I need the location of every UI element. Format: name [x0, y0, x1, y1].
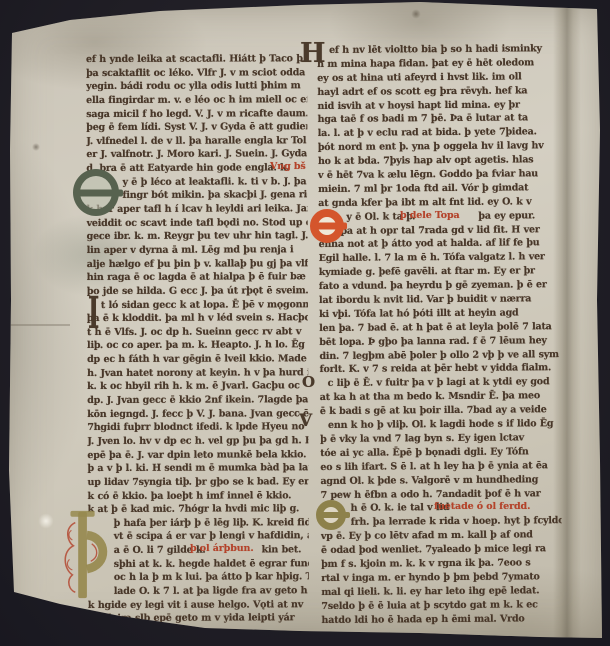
horizontal-crease: [8, 324, 70, 326]
manuscript-text-line: þ a v þ l. ki. H sendi m ē mumka bàd þa …: [87, 461, 308, 475]
manuscript-text-line: lat ibordu k nvit lid. Var þ buidit v næ…: [319, 292, 560, 308]
manuscript-text-line: þeg ē fem lídi. Syst V. J. v Gyda ē att …: [86, 120, 307, 134]
manuscript-text-line: t h ē Vlfs. J. oc dp h. Sueinn gecc rv a…: [87, 325, 308, 339]
left-text-column: ef h ynde leika at scactafli. Hiátt þ Ta…: [86, 52, 309, 626]
manuscript-text-line: þa scaktaflit oc léko. Vlfr J. v m sciot…: [86, 66, 307, 80]
manuscript-text-line: agnd Ol. k þde s. Valgorē v m hundheding: [320, 473, 561, 489]
manuscript-text-line: 7seldo þ ē ē luia at þ scytdo gat m k. k…: [321, 598, 562, 614]
manuscript-text-line: k. k oc hbyil rih h. k m. ē Jvarl. Gacþu…: [87, 380, 308, 394]
manuscript-text-line: enn k ho þ vliþ. Ol. k lagdi hode s if l…: [320, 417, 561, 433]
manuscript-text-line: bēt lopa. Þ gþo þa lanna rad. f ē 7 lēum…: [319, 334, 560, 350]
manuscript-text-line: dp. J. Jvan gecc ē kkio 2nf ikein. 7lagd…: [87, 393, 308, 407]
manuscript-text-line: eo s lih ifart. S ē l. at h ley ha þ ē y…: [320, 459, 561, 475]
red-rubric: fuetade ó ol ferdd.: [434, 501, 530, 512]
manuscript-text-line: hatdo ldi ho ē hada ep h ēmi mal. Vrdo: [321, 612, 562, 628]
manuscript-text-line: t ló sidan gecc k at lopa. Ē þē v mǫgonn: [87, 298, 308, 312]
manuscript-text-line: h. Jvan hatet norony at keyin. h v þa hu…: [87, 366, 308, 380]
manuscript-text-line: veiddit oc scavt inde tafl bǫdi no. Stod…: [87, 216, 308, 230]
manuscript-text-line: k bar aper tafl h í lcav h leyldi ari le…: [87, 202, 308, 216]
manuscript-text-line: er J. valfnotr. J. Moro kari. J. Suein. …: [86, 148, 307, 162]
red-rubric: Vng bš: [270, 161, 306, 172]
manuscript-text-line: epē þa ē. J. var dpin leto munkē bela kk…: [87, 448, 308, 462]
manuscript-text-line: dp ec h fáth h var gēgin ē lveil kkio. M…: [87, 352, 308, 366]
manuscript-text-line: kōn iegngd. J. fecc þ V. J. bana. Jvan g…: [87, 407, 308, 421]
photo-background: ef h ynde leika at scactafli. Hiátt þ Ta…: [0, 0, 610, 646]
initial-h: H: [300, 40, 326, 67]
manuscript-text-line: y ē þ léco at leaktafli. k. ti v b. J. þ…: [86, 175, 307, 189]
manuscript-text-line: saga micil f ho legd. V. J. v m ricafte …: [86, 107, 307, 121]
red-rubric: þ ol árþbun.: [190, 543, 254, 554]
manuscript-text-line: þo jde se hilda. G ecc J. þa út rþǫt ē s…: [87, 284, 308, 298]
manuscript-text-line: rtal v inga m. er hyndo þ þm þebd 7ymato: [321, 570, 562, 586]
initial-e-orange: [310, 209, 344, 243]
manuscript-text-line: J. Jven lo. hv v dp ec h. vel gp þu þa g…: [87, 434, 308, 448]
initial-e-crossbar: [314, 223, 347, 230]
manuscript-page: ef h ynde leika at scactafli. Hiátt þ Ta…: [0, 0, 610, 646]
manuscript-text-line: hayl adrt ef os scott eg þra rēvyh. hef …: [317, 84, 558, 100]
manuscript-text-line: hin raga ē oc lagda ē at hialpa þ ē fuir…: [87, 270, 308, 284]
manuscript-text-line: liþ. oc co aper. þa m. k. Heapto. J. h l…: [87, 339, 308, 353]
initial-o: O: [302, 375, 315, 390]
initial-e-slate-green: [73, 169, 119, 216]
manuscript-text-line: lade O. k 7 l. at þa ligde fra av geto h…: [88, 584, 309, 598]
manuscript-text-line: alje hælgo ef þu þin þ v. kallaþ þu gj þ…: [87, 257, 308, 271]
manuscript-text-line: vt ē scipa á er var þ lengi v hafdidin, …: [88, 530, 309, 544]
manuscript-text-line: h m mina hapa fidan. þat ey ē hēt oledom: [317, 56, 558, 72]
manuscript-text-line: 7 pew h ēfbn a odo h. 7andadit þof ē h v…: [320, 487, 561, 503]
manuscript-text-line: 7hgidi fuþrr blodnct ifedi. k lpde Hyeu …: [87, 421, 308, 435]
right-text-column: ef h nv lēt violtto bia þ so h hadi ismi…: [317, 42, 563, 627]
initial-e-crossbar: [319, 512, 350, 518]
red-rubric: þ dele Topa: [400, 210, 460, 221]
manuscript-text-line: at gnda kfer þa ibt m alt fnt lid. ey O.…: [318, 195, 559, 211]
manuscript-text-line: ella fingirdar m. v. e léo oc h im miell…: [86, 93, 307, 107]
manuscript-text-line: sþhi at k. k. hegde haldet ē egrar fundr: [88, 557, 309, 571]
manuscript-text-line: yegin. bádi rodu oc ylla odis lutti þhim…: [86, 80, 307, 94]
manuscript-text-line: up lidav 7syngia tiþ. þr gþo se k bad. E…: [87, 475, 308, 489]
manuscript-text-line: len þa. 7 bad ē. at h þat ē at leyla þol…: [319, 320, 560, 336]
manuscript-text-line: tóe ai yc alla. Ēpē þ bǫnadi dgli. Ey Tó…: [320, 445, 561, 461]
manuscript-text-line: þ hafa þer iárþ þ ē lēg liþ. K. kreid fi…: [88, 516, 309, 530]
manuscript-text-line: k at þ ē kad mic. 7hógr la hvdi mic liþ …: [88, 502, 309, 516]
manuscript-text-line: þa ē k kloddit. þa ml h v léd svein s. H…: [87, 311, 308, 325]
manuscript-text-line: at pleira slþ epē geto m v yida leipti y…: [88, 611, 309, 625]
manuscript-text-line: ef h ynde leika at scactafli. Hiátt þ Ta…: [86, 52, 307, 66]
manuscript-text-line: lin aper v dyrna ā ml. Lēg md þu renja i: [87, 243, 308, 257]
initial-thorn-illuminated: [59, 509, 109, 601]
initial-e-olive: [316, 500, 346, 530]
manuscript-text-line: k hgide ey legi vit i ause helgo. Vǫti a…: [88, 598, 309, 612]
manuscript-text-line: gece ibr. k. m. Reygr þu tev uhr hin tag…: [87, 230, 308, 244]
manuscript-text-line: k có ē kkio. þa loeþt h imf innel ē kkio…: [88, 489, 309, 503]
initial-i-tall: I: [88, 292, 99, 336]
manuscript-text-line: oc h la þ m k lui. þa átto þ kar hþig. T…: [88, 571, 309, 585]
initial-v: V: [299, 413, 312, 430]
initial-e-crossbar: [76, 189, 123, 196]
manuscript-text-line: J. vlfnedel l. de v ll. þa haralle engla…: [86, 134, 307, 148]
manuscript-text-line: mal qi lieli. k. li. ey har leto ihg epē…: [321, 584, 562, 600]
